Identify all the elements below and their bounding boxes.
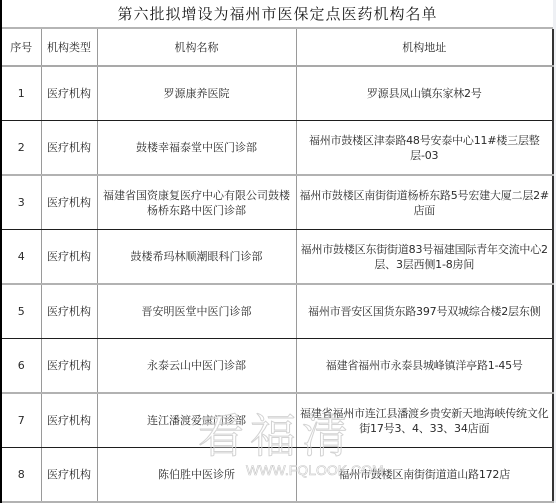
cell-index: 7 xyxy=(2,393,41,448)
table-row: 6 医疗机构 永泰云山中医门诊部 福建省福州市永泰县城峰镇洋亭路1-45号 xyxy=(2,339,553,394)
table-row: 5 医疗机构 晋安明医堂中医门诊部 福州市晋安区国货东路397号双城综合楼2层东… xyxy=(2,284,553,339)
cell-name: 鼓楼希玛林顺潮眼科门诊部 xyxy=(97,230,296,285)
table-row: 4 医疗机构 鼓楼希玛林顺潮眼科门诊部 福州市鼓楼区东街街道83号福建国际青年交… xyxy=(2,230,553,285)
header-row: 序号 机构类型 机构名称 机构地址 xyxy=(2,29,553,66)
cell-index: 3 xyxy=(2,175,41,230)
cell-address: 罗源县凤山镇东家林2号 xyxy=(296,66,553,121)
cell-address: 福州市鼓楼区东街街道83号福建国际青年交流中心2层、3层西侧1-8房间 xyxy=(296,230,553,285)
institution-table: 序号 机构类型 机构名称 机构地址 1 医疗机构 罗源康养医院 罗源县凤山镇东家… xyxy=(2,29,554,503)
cell-address: 福州市鼓楼区津泰路48号安泰中心11#楼三层整层-03 xyxy=(296,121,553,176)
cell-address: 福建省福州市永泰县城峰镇洋亭路1-45号 xyxy=(296,339,553,394)
document-title: 第六批拟增设为福州市医保定点医药机构名单 xyxy=(2,0,553,29)
table-row: 8 医疗机构 陈伯胜中医诊所 福州市鼓楼区南街街道道山路172店 xyxy=(2,448,553,503)
cell-index: 8 xyxy=(2,448,41,503)
cell-name: 晋安明医堂中医门诊部 xyxy=(97,284,296,339)
table-row: 2 医疗机构 鼓楼幸福泰堂中医门诊部 福州市鼓楼区津泰路48号安泰中心11#楼三… xyxy=(2,121,553,176)
cell-address: 福州市鼓楼区南街街道杨桥东路5号宏建大厦二层2#店面 xyxy=(296,175,553,230)
header-address: 机构地址 xyxy=(296,29,553,66)
cell-name: 陈伯胜中医诊所 xyxy=(97,448,296,503)
cell-name: 连江潘渡爱康门诊部 xyxy=(97,393,296,448)
cell-index: 1 xyxy=(2,66,41,121)
cell-name: 福建省国资康复医疗中心有限公司鼓楼杨桥东路中医门诊部 xyxy=(97,175,296,230)
cell-address: 福州市鼓楼区南街街道道山路172店 xyxy=(296,448,553,503)
cell-name: 永泰云山中医门诊部 xyxy=(97,339,296,394)
table-row: 7 医疗机构 连江潘渡爱康门诊部 福建省福州市连江县潘渡乡贵安新天地海峡传统文化… xyxy=(2,393,553,448)
cell-type: 医疗机构 xyxy=(41,393,97,448)
header-index: 序号 xyxy=(2,29,41,66)
cell-address: 福州市晋安区国货东路397号双城综合楼2层东侧 xyxy=(296,284,553,339)
cell-type: 医疗机构 xyxy=(41,175,97,230)
header-type: 机构类型 xyxy=(41,29,97,66)
cell-type: 医疗机构 xyxy=(41,121,97,176)
header-name: 机构名称 xyxy=(97,29,296,66)
cell-index: 4 xyxy=(2,230,41,285)
cell-index: 5 xyxy=(2,284,41,339)
cell-type: 医疗机构 xyxy=(41,66,97,121)
cell-type: 医疗机构 xyxy=(41,448,97,503)
table-row: 3 医疗机构 福建省国资康复医疗中心有限公司鼓楼杨桥东路中医门诊部 福州市鼓楼区… xyxy=(2,175,553,230)
spreadsheet-page: 第六批拟增设为福州市医保定点医药机构名单 序号 机构类型 机构名称 机构地址 1… xyxy=(0,0,556,503)
cell-index: 6 xyxy=(2,339,41,394)
cell-type: 医疗机构 xyxy=(41,339,97,394)
cell-name: 罗源康养医院 xyxy=(97,66,296,121)
table-row: 1 医疗机构 罗源康养医院 罗源县凤山镇东家林2号 xyxy=(2,66,553,121)
cell-index: 2 xyxy=(2,121,41,176)
cell-address: 福建省福州市连江县潘渡乡贵安新天地海峡传统文化街17号3、4、33、34店面 xyxy=(296,393,553,448)
cell-type: 医疗机构 xyxy=(41,230,97,285)
cell-type: 医疗机构 xyxy=(41,284,97,339)
cell-name: 鼓楼幸福泰堂中医门诊部 xyxy=(97,121,296,176)
